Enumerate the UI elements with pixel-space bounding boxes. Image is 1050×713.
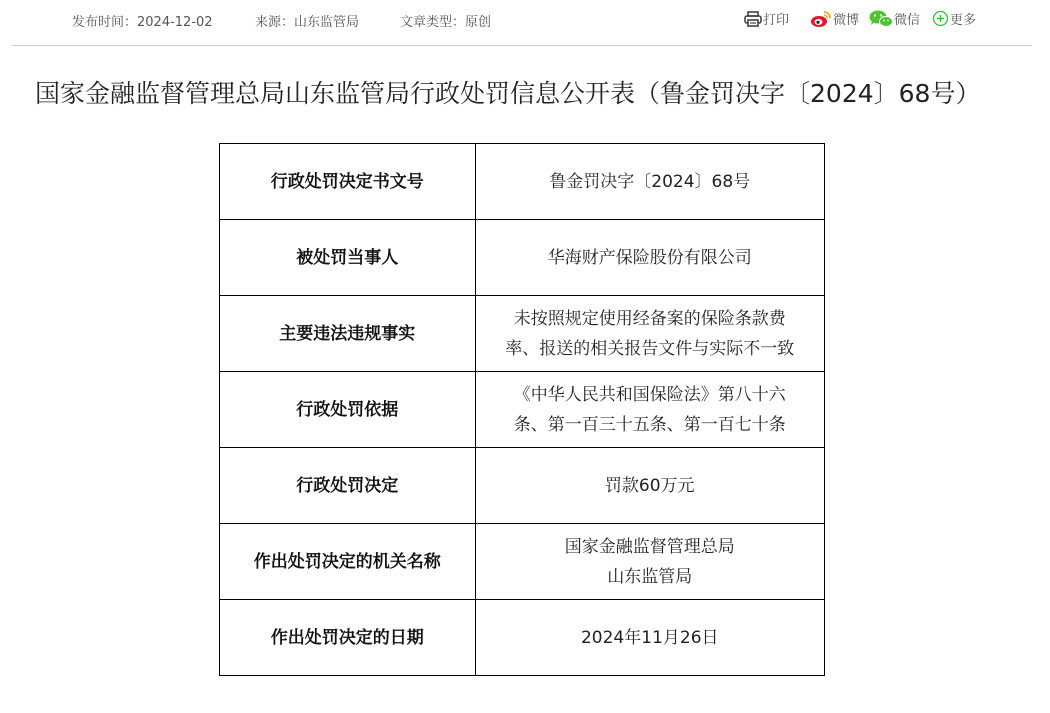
source-label: 来源： — [255, 15, 294, 30]
more-label: 更多 — [950, 9, 976, 28]
row-label: 行政处罚依据 — [220, 372, 476, 448]
wechat-label: 微信 — [894, 9, 920, 28]
source: 来源：山东监管局 — [255, 11, 359, 30]
article-type: 文章类型：原创 — [400, 11, 491, 30]
table-row: 行政处罚决定书文号 鲁金罚决字〔2024〕68号 — [220, 144, 825, 220]
row-label: 作出处罚决定的日期 — [220, 600, 476, 676]
article-type-label: 文章类型： — [400, 15, 465, 30]
row-value: 未按照规定使用经备案的保险条款费率、报送的相关报告文件与实际不一致 — [475, 296, 825, 372]
table-row: 主要违法违规事实 未按照规定使用经备案的保险条款费率、报送的相关报告文件与实际不… — [220, 296, 825, 372]
publish-date-label: 发布时间： — [72, 15, 137, 30]
weibo-icon — [810, 10, 833, 28]
publish-date: 发布时间：2024-12-02 — [72, 11, 213, 30]
row-label: 作出处罚决定的机关名称 — [220, 524, 476, 600]
header-divider — [12, 45, 1032, 46]
row-label: 行政处罚决定书文号 — [220, 144, 476, 220]
row-label: 行政处罚决定 — [220, 448, 476, 524]
weibo-share-button[interactable]: 微博 — [810, 9, 859, 28]
table-row: 被处罚当事人 华海财产保险股份有限公司 — [220, 220, 825, 296]
row-label: 主要违法违规事实 — [220, 296, 476, 372]
value-line: 条、第一百三十五条、第一百七十条 — [488, 410, 813, 440]
row-label: 被处罚当事人 — [220, 220, 476, 296]
article-type-value: 原创 — [465, 15, 491, 30]
row-value: 《中华人民共和国保险法》第八十六条、第一百三十五条、第一百七十条 — [475, 372, 825, 448]
value-line: 率、报送的相关报告文件与实际不一致 — [488, 334, 813, 364]
value-line: 山东监管局 — [488, 562, 813, 592]
value-line: 鲁金罚决字〔2024〕68号 — [488, 167, 813, 197]
source-value: 山东监管局 — [294, 15, 359, 30]
value-line: 国家金融监督管理总局 — [488, 532, 813, 562]
weibo-label: 微博 — [833, 9, 859, 28]
plus-circle-icon — [932, 10, 950, 27]
publish-date-value: 2024-12-02 — [137, 15, 213, 30]
value-line: 罚款60万元 — [488, 471, 813, 501]
row-value: 2024年11月26日 — [475, 600, 825, 676]
row-value: 罚款60万元 — [475, 448, 825, 524]
row-value: 华海财产保险股份有限公司 — [475, 220, 825, 296]
table-row: 行政处罚依据 《中华人民共和国保险法》第八十六条、第一百三十五条、第一百七十条 — [220, 372, 825, 448]
wechat-icon — [869, 10, 894, 28]
table-row: 作出处罚决定的机关名称 国家金融监督管理总局山东监管局 — [220, 524, 825, 600]
printer-icon — [744, 11, 763, 27]
row-value: 国家金融监督管理总局山东监管局 — [475, 524, 825, 600]
print-button[interactable]: 打印 — [744, 9, 789, 28]
table-row: 作出处罚决定的日期 2024年11月26日 — [220, 600, 825, 676]
row-value: 鲁金罚决字〔2024〕68号 — [475, 144, 825, 220]
penalty-info-table: 行政处罚决定书文号 鲁金罚决字〔2024〕68号 被处罚当事人 华海财产保险股份… — [219, 143, 825, 676]
print-label: 打印 — [763, 9, 789, 28]
value-line: 未按照规定使用经备案的保险条款费 — [488, 304, 813, 334]
more-share-button[interactable]: 更多 — [932, 9, 976, 28]
table-row: 行政处罚决定 罚款60万元 — [220, 448, 825, 524]
value-line: 《中华人民共和国保险法》第八十六 — [488, 380, 813, 410]
value-line: 华海财产保险股份有限公司 — [488, 243, 813, 273]
page-title: 国家金融监督管理总局山东监管局行政处罚信息公开表（鲁金罚决字〔2024〕68号） — [35, 74, 980, 110]
wechat-share-button[interactable]: 微信 — [869, 9, 920, 28]
value-line: 2024年11月26日 — [488, 623, 813, 653]
article-meta-bar: 发布时间：2024-12-02 来源：山东监管局 文章类型：原创 打印 微博 微… — [0, 0, 1050, 40]
